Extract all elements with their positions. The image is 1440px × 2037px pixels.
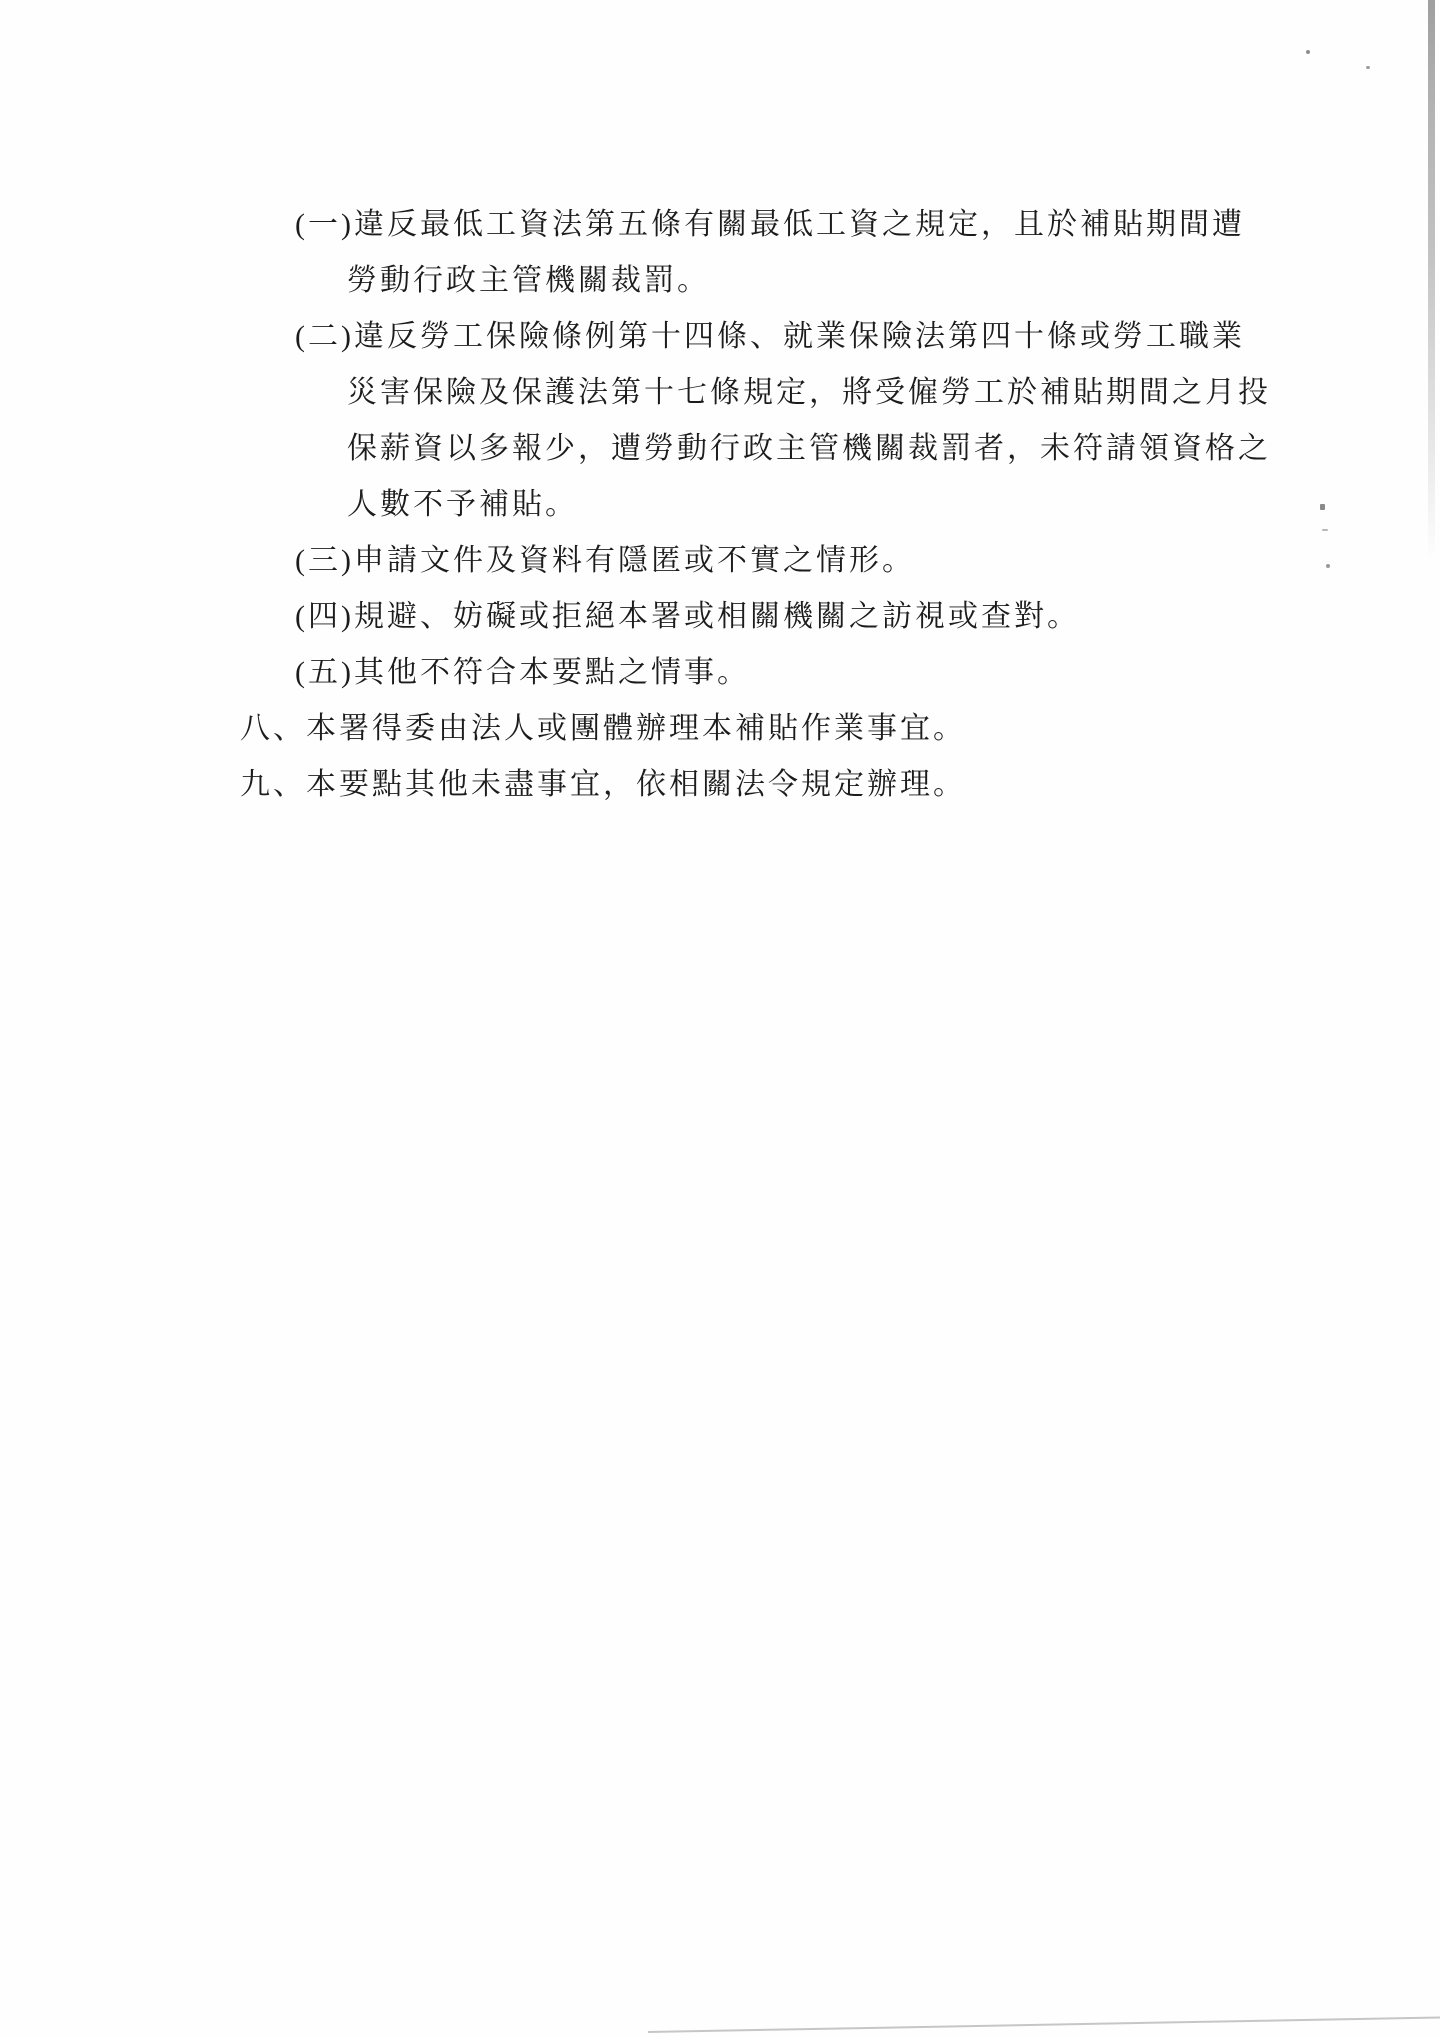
document-line: 九、本要點其他未盡事宜，依相關法令規定辦理。 xyxy=(0,757,1440,813)
document-line: 八、本署得委由法人或團體辦理本補貼作業事宜。 xyxy=(0,701,1440,757)
scan-edge-shadow xyxy=(1428,0,1435,560)
document-line: (三)申請文件及資料有隱匿或不實之情形。 xyxy=(0,533,1440,589)
document-page: (一)違反最低工資法第五條有關最低工資之規定，且於補貼期間遭 勞動行政主管機關裁… xyxy=(0,0,1440,2037)
document-line: 勞動行政主管機關裁罰。 xyxy=(0,253,1440,309)
document-line: 災害保險及保護法第十七條規定，將受僱勞工於補貼期間之月投 xyxy=(0,365,1440,421)
scan-speck xyxy=(1326,564,1330,568)
scan-speck xyxy=(1306,50,1310,54)
document-text-block: (一)違反最低工資法第五條有關最低工資之規定，且於補貼期間遭 勞動行政主管機關裁… xyxy=(0,197,1440,813)
document-line: (五)其他不符合本要點之情事。 xyxy=(0,645,1440,701)
document-line: (一)違反最低工資法第五條有關最低工資之規定，且於補貼期間遭 xyxy=(0,197,1440,253)
document-line: 保薪資以多報少，遭勞動行政主管機關裁罰者，未符請領資格之 xyxy=(0,421,1440,477)
document-line: 人數不予補貼。 xyxy=(0,477,1440,533)
document-line: (四)規避、妨礙或拒絕本署或相關機關之訪視或查對。 xyxy=(0,589,1440,645)
scan-speck xyxy=(1366,66,1370,69)
scan-speck xyxy=(1322,529,1328,531)
paper-bottom-edge-line xyxy=(648,2016,1440,2033)
scan-speck xyxy=(1320,504,1325,510)
document-line: (二)違反勞工保險條例第十四條、就業保險法第四十條或勞工職業 xyxy=(0,309,1440,365)
